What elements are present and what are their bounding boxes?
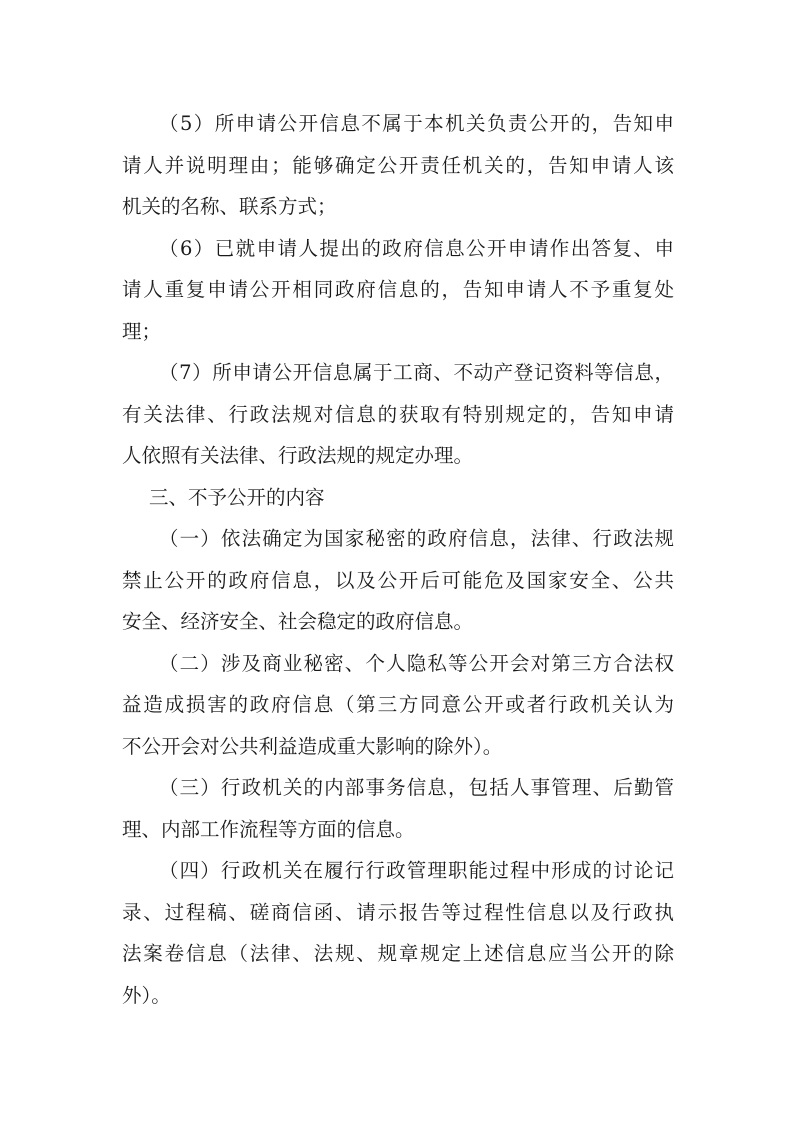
paragraph-clause-1: （一）依法确定为国家秘密的政府信息，法律、行政法规 禁止公开的政府信息，以及公开… <box>122 518 674 643</box>
document-body: （5）所申请公开信息不属于本机关负责公开的，告知申 请人并说明理由；能够确定公开… <box>122 103 674 1016</box>
paragraph-line: 理； <box>122 311 674 353</box>
paragraph-item-5: （5）所申请公开信息不属于本机关负责公开的，告知申 请人并说明理由；能够确定公开… <box>122 103 674 228</box>
paragraph-line: 不公开会对公共利益造成重大影响的除外）。 <box>122 726 674 768</box>
section-heading: 三、不予公开的内容 <box>122 477 674 519</box>
paragraph-line: （三）行政机关的内部事务信息，包括人事管理、后勤管 <box>122 767 674 809</box>
paragraph-clause-4: （四）行政机关在履行行政管理职能过程中形成的讨论记 录、过程稿、磋商信函、请示报… <box>122 850 674 1016</box>
paragraph-line: 请人并说明理由；能够确定公开责任机关的，告知申请人该 <box>122 145 674 187</box>
paragraph-line: 益造成损害的政府信息（第三方同意公开或者行政机关认为 <box>122 684 674 726</box>
paragraph-line: 人依照有关法律、行政法规的规定办理。 <box>122 435 674 477</box>
paragraph-line: 请人重复申请公开相同政府信息的，告知申请人不予重复处 <box>122 269 674 311</box>
paragraph-line: 法案卷信息（法律、法规、规章规定上述信息应当公开的除 <box>122 933 674 975</box>
document-page: （5）所申请公开信息不属于本机关负责公开的，告知申 请人并说明理由；能够确定公开… <box>0 0 793 1122</box>
section-heading-undisclosed-content: 三、不予公开的内容 <box>122 477 674 519</box>
paragraph-line: 录、过程稿、磋商信函、请示报告等过程性信息以及行政执 <box>122 892 674 934</box>
paragraph-item-6: （6）已就申请人提出的政府信息公开申请作出答复、申 请人重复申请公开相同政府信息… <box>122 228 674 353</box>
paragraph-line: （一）依法确定为国家秘密的政府信息，法律、行政法规 <box>122 518 674 560</box>
paragraph-line: 安全、经济安全、社会稳定的政府信息。 <box>122 601 674 643</box>
paragraph-line: 禁止公开的政府信息，以及公开后可能危及国家安全、公共 <box>122 560 674 602</box>
paragraph-item-7: （7）所申请公开信息属于工商、不动产登记资料等信息， 有关法律、行政法规对信息的… <box>122 352 674 477</box>
paragraph-line: 外）。 <box>122 975 674 1017</box>
paragraph-line: 有关法律、行政法规对信息的获取有特别规定的，告知申请 <box>122 394 674 436</box>
paragraph-line: （6）已就申请人提出的政府信息公开申请作出答复、申 <box>122 228 674 270</box>
paragraph-line: （5）所申请公开信息不属于本机关负责公开的，告知申 <box>122 103 674 145</box>
paragraph-clause-3: （三）行政机关的内部事务信息，包括人事管理、后勤管 理、内部工作流程等方面的信息… <box>122 767 674 850</box>
paragraph-line: （二）涉及商业秘密、个人隐私等公开会对第三方合法权 <box>122 643 674 685</box>
paragraph-line: （四）行政机关在履行行政管理职能过程中形成的讨论记 <box>122 850 674 892</box>
paragraph-clause-2: （二）涉及商业秘密、个人隐私等公开会对第三方合法权 益造成损害的政府信息（第三方… <box>122 643 674 768</box>
paragraph-line: （7）所申请公开信息属于工商、不动产登记资料等信息， <box>122 352 674 394</box>
paragraph-line: 理、内部工作流程等方面的信息。 <box>122 809 674 851</box>
paragraph-line: 机关的名称、联系方式； <box>122 186 674 228</box>
